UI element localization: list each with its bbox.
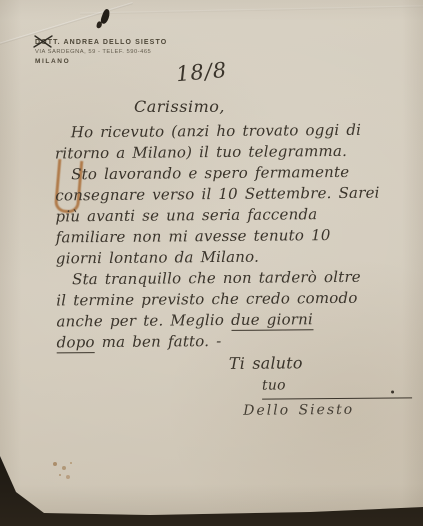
letterhead-name-text: DOTT. ANDREA DELLO SIESTO [35, 39, 167, 46]
body-line: Sto lavorando e spero fermamente [55, 162, 385, 186]
signoff-text: tuo [262, 377, 286, 393]
body-line: consegnare verso il 10 Settembre. Sarei [55, 183, 385, 207]
closing-signoff: tuo [262, 374, 412, 399]
closing-salute: Ti saluto [229, 352, 387, 374]
paper-crease [80, 5, 423, 14]
underlined-text: due giorni [231, 310, 313, 331]
body-line: Sta tranquillo che non tarderò oltre [56, 267, 386, 291]
body-line: ritorno a Milano) il tuo telegramma. [55, 141, 385, 165]
body-text: ma ben fatto. - [95, 332, 222, 351]
body-line: più avanti se una seria faccenda [55, 204, 385, 228]
salutation: Carissimo, [134, 97, 225, 116]
body-line: dopo ma ben fatto. - [57, 330, 387, 354]
signature: Dello Siesto [243, 400, 387, 422]
body-line: Ho ricevuto (anzi ho trovato oggi di [55, 120, 385, 144]
body-text: anche per te. Meglio [56, 311, 231, 331]
photographed-letter: DOTT. ANDREA DELLO SIESTO VIA SARDEGNA, … [0, 0, 423, 526]
body-line: anche per te. Meglio due giorni [56, 309, 386, 333]
underlined-text: dopo [57, 333, 95, 353]
body-line: familiare non mi avesse tenuto 10 [56, 225, 386, 249]
body-line: il termine previsto che credo comodo [56, 288, 386, 312]
letter-body: Ho ricevuto (anzi ho trovato oggi di rit… [55, 120, 388, 424]
stain-speckles [53, 462, 57, 466]
ink-dot [391, 390, 394, 393]
body-line: giorni lontano da Milano. [56, 246, 386, 270]
letterhead-name: DOTT. ANDREA DELLO SIESTO [35, 38, 167, 48]
x-mark-icon [32, 34, 54, 49]
letterhead: DOTT. ANDREA DELLO SIESTO VIA SARDEGNA, … [35, 38, 167, 66]
letterhead-city: MILANO [35, 57, 167, 66]
letterhead-address: VIA SARDEGNA, 59 - TELEF. 590-465 [35, 48, 167, 56]
letter-sheet: DOTT. ANDREA DELLO SIESTO VIA SARDEGNA, … [0, 0, 423, 526]
handwritten-date: 18/8 [175, 58, 228, 86]
